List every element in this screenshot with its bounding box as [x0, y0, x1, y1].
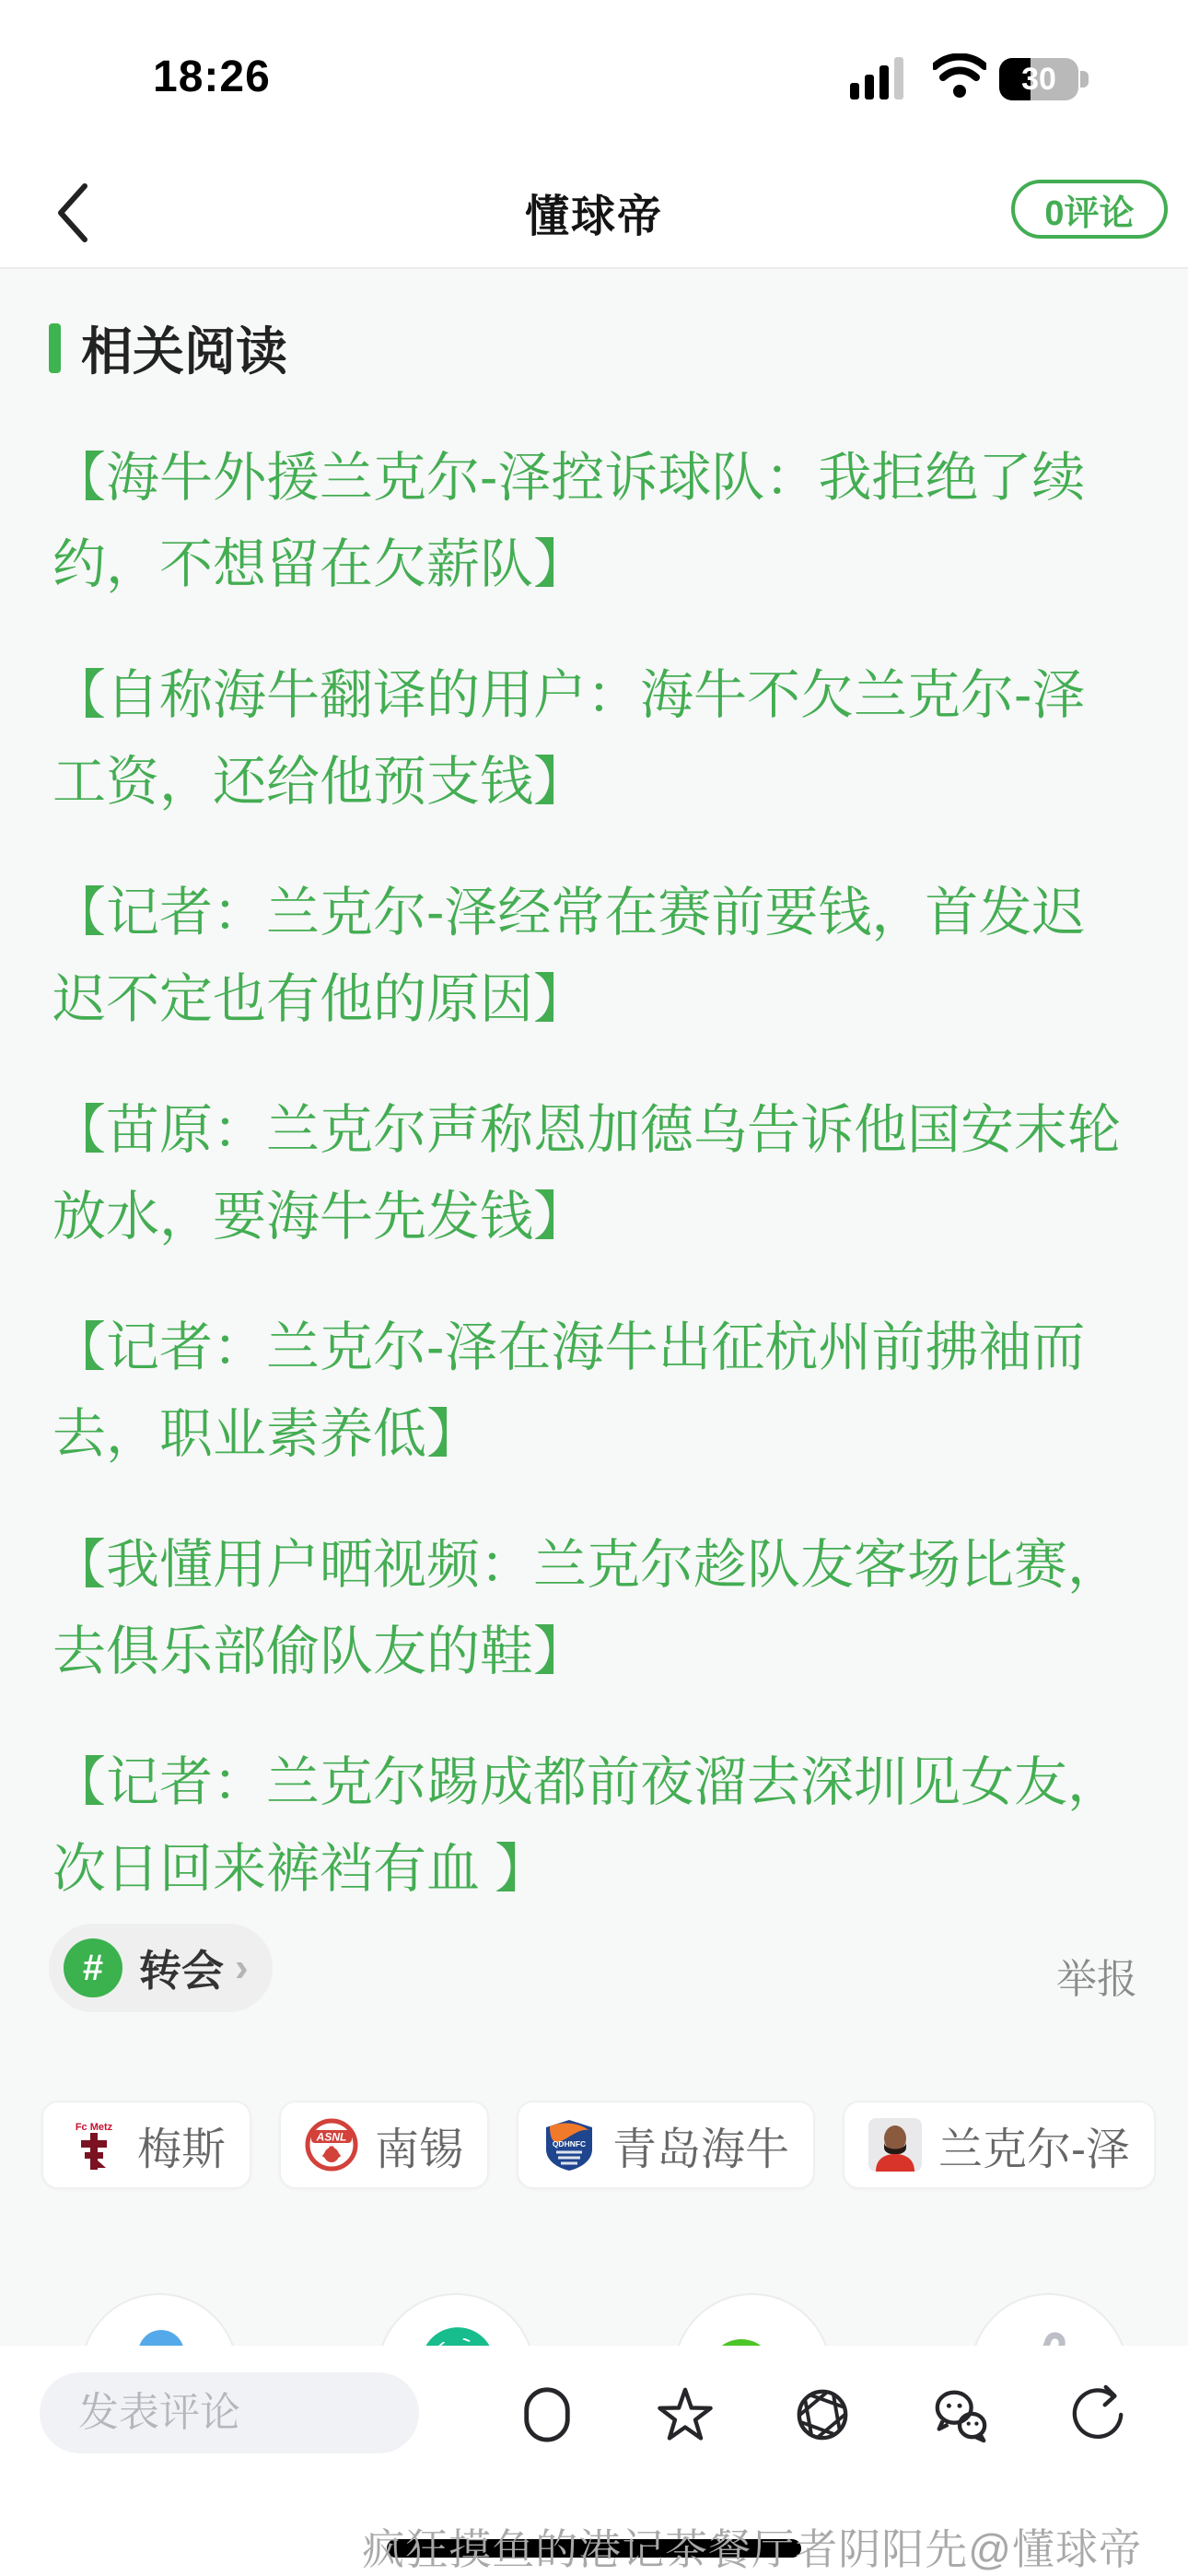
section-title-text: 相关阅读: [81, 311, 287, 385]
related-article-link[interactable]: 【记者：兰克尔踢成都前夜溜去深圳见女友，次日回来裤裆有血 】: [52, 1739, 1136, 1913]
comment-input[interactable]: [40, 2372, 419, 2453]
status-bar: 18:26 30: [0, 0, 1188, 157]
battery-percent: 30: [999, 58, 1078, 100]
watermark-text: 疯狂摸鱼的港记茶餐厅者阴阳先@懂球帝: [362, 2516, 1142, 2576]
share-redo-icon: [1069, 2384, 1126, 2445]
related-article-link[interactable]: 【海牛外援兰克尔-泽控诉球队：我拒绝了续约，不想留在欠薪队】: [52, 435, 1136, 608]
related-article-link[interactable]: 【自称海牛翻译的用户：海牛不欠兰克尔-泽工资，还给他预支钱】: [52, 652, 1136, 825]
chip-lankel-ze[interactable]: 兰克尔-泽: [843, 2101, 1156, 2189]
chip-qingdao-hainiu[interactable]: QDHNFC 青岛海牛: [517, 2101, 815, 2189]
favorite-star-button[interactable]: [657, 2384, 714, 2441]
asnl-logo-icon: ASNL: [305, 2118, 358, 2172]
wechat-icon: [932, 2384, 989, 2445]
star-icon: [657, 2384, 714, 2445]
tag-label: 转会: [139, 1938, 224, 1998]
aperture-share-button[interactable]: [794, 2384, 851, 2441]
topic-tag-transfer[interactable]: # 转会 ›: [49, 1924, 273, 2012]
related-article-link[interactable]: 【记者：兰克尔-泽经常在赛前要钱，首发迟迟不定也有他的原因】: [52, 870, 1136, 1043]
bottom-action-bar: 疯狂摸鱼的港记茶餐厅者阴阳先@懂球帝: [0, 2346, 1188, 2576]
related-entities-row: Fc Metz 梅斯 ASNL 南锡 QDHNFC 青岛海牛: [41, 2101, 1156, 2189]
chevron-right-icon: ›: [235, 1945, 249, 1991]
qingdao-hainiu-crest-icon: QDHNFC: [542, 2118, 596, 2172]
chip-fc-metz[interactable]: Fc Metz 梅斯: [41, 2101, 251, 2189]
comments-count-button[interactable]: 0评论: [1011, 180, 1168, 239]
chip-label: 兰克尔-泽: [938, 2113, 1130, 2177]
wechat-share-button[interactable]: [932, 2384, 989, 2441]
related-reading-section-title: 相关阅读: [49, 311, 287, 385]
fc-metz-logo-icon: Fc Metz: [67, 2118, 121, 2172]
hash-icon: #: [64, 1938, 122, 1997]
chip-nancy[interactable]: ASNL 南锡: [279, 2101, 489, 2189]
player-avatar: [868, 2118, 922, 2172]
chip-label: 南锡: [375, 2113, 463, 2177]
page-title: 懂球帝: [0, 181, 1188, 244]
related-article-link[interactable]: 【我懂用户晒视频：兰克尔趁队友客场比赛，去俱乐部偷队友的鞋】: [52, 1522, 1136, 1695]
chip-label: 梅斯: [137, 2113, 226, 2177]
svg-text:QDHNFC: QDHNFC: [553, 2139, 586, 2149]
battery-nub: [1080, 71, 1089, 88]
tag-row: # 转会 › 举报: [0, 1924, 1188, 2012]
hash-glyph: #: [83, 1948, 103, 1989]
chip-label: 青岛海牛: [612, 2113, 789, 2177]
related-article-link[interactable]: 【苗原：兰克尔声称恩加德乌告诉他国安末轮放水，要海牛先发钱】: [52, 1087, 1136, 1260]
comment-bubble-button[interactable]: [518, 2384, 576, 2441]
battery-icon: 30: [999, 58, 1078, 100]
related-article-link[interactable]: 【记者：兰克尔-泽在海牛出征杭州前拂袖而去，职业素养低】: [52, 1305, 1136, 1478]
cellular-signal-icon: [850, 57, 914, 100]
related-articles-list: 【海牛外援兰克尔-泽控诉球队：我拒绝了续约，不想留在欠薪队】 【自称海牛翻译的用…: [52, 435, 1136, 1957]
navigation-header: 懂球帝 0评论: [0, 157, 1188, 269]
svg-text:Fc Metz: Fc Metz: [76, 2122, 113, 2133]
aperture-icon: [794, 2384, 851, 2445]
report-link[interactable]: 举报: [1056, 1946, 1137, 2005]
forward-share-button[interactable]: [1069, 2384, 1126, 2441]
svg-text:ASNL: ASNL: [316, 2131, 347, 2144]
wifi-icon: [933, 53, 986, 100]
comment-bubble-icon: [518, 2384, 576, 2445]
section-accent-bar: [49, 323, 61, 373]
clock: 18:26: [153, 52, 271, 102]
